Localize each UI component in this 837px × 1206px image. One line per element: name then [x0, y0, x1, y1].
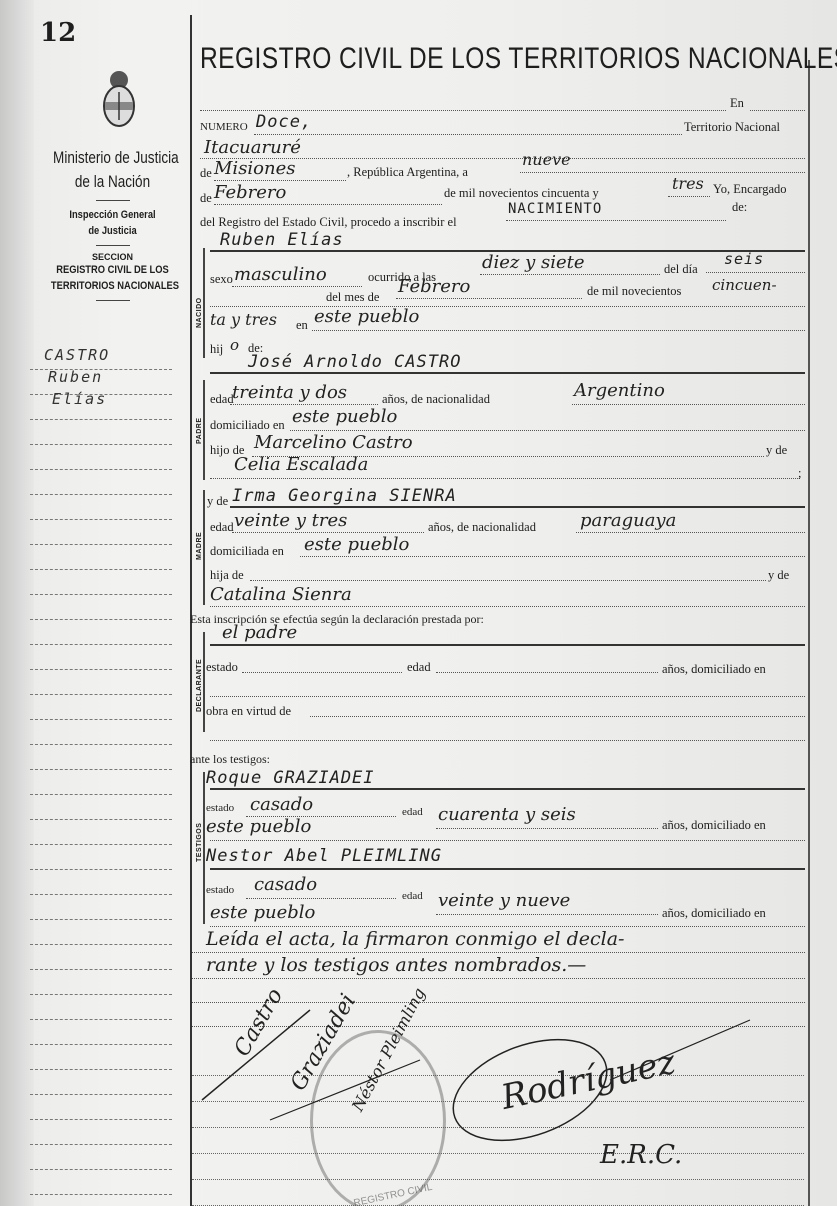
padre-nac-value: Argentino [574, 380, 665, 401]
dom-label: años, domiciliado en [662, 906, 766, 921]
act-type-value: NACIMIENTO [508, 201, 602, 217]
padre-bracket [203, 380, 205, 480]
closing-line2: rante y los testigos antes nombrados.— [206, 954, 586, 976]
madre-side-label: MADRE [196, 532, 203, 560]
semicolon: ; [798, 466, 801, 481]
divider [96, 200, 130, 201]
inspection-line1: Inspección General [51, 207, 174, 223]
testigo-2-estado: casado [254, 874, 317, 895]
declarante-bracket [203, 632, 205, 732]
sexo-label: sexo [210, 272, 233, 287]
dia-label: del día [664, 262, 698, 277]
signature-strokes-icon [190, 1000, 810, 1206]
declarante-side-label: DECLARANTE [196, 659, 203, 712]
page-title: REGISTRO CIVIL DE LOS TERRITORIOS NACION… [200, 42, 696, 76]
nacido-side-label: NACIDO [196, 297, 203, 328]
testigo-1-name: Roque GRAZIADEI [206, 768, 375, 788]
padre-side-label: PADRE [196, 418, 203, 444]
obra-label: obra en virtud de [206, 704, 291, 719]
dia-value: seis [724, 250, 764, 268]
place-value: Itacuaruré [204, 137, 301, 158]
estado-label: estado [206, 802, 234, 814]
section-line1: REGISTRO CIVIL DE LOS [51, 262, 174, 278]
hijo-label: hij [210, 342, 223, 357]
nac-label: años, de nacionalidad [382, 392, 490, 407]
madre-yde-label: y de [207, 494, 228, 509]
margin-middlename: Elías [44, 388, 110, 410]
testigo-2-dom: este pueblo [210, 902, 315, 923]
margin-ruled-lines [30, 345, 172, 1195]
padre-madre-value: Celia Escalada [234, 454, 368, 475]
en-label: En [730, 96, 744, 111]
hora-value: diez y siete [482, 252, 585, 273]
en-label: en [296, 318, 308, 333]
y-de-label: y de [768, 568, 789, 583]
divider [96, 245, 130, 246]
testigos-side-label: TESTIGOS [196, 823, 203, 862]
year-value: tres [672, 174, 704, 193]
month-value: Febrero [214, 182, 286, 203]
dom-label: domiciliada en [210, 544, 284, 559]
de-label: de [200, 191, 212, 206]
anio-value1: cincuen- [712, 276, 777, 294]
madre-nac-value: paraguaya [580, 510, 676, 531]
testigos-intro: ante los testigos: [190, 752, 270, 767]
testigo-1-estado: casado [250, 794, 313, 815]
ministry-header: Ministerio de Justicia de la Nación Insp… [40, 146, 185, 307]
divider [96, 300, 130, 301]
province-value: Misiones [214, 158, 296, 179]
edad-label: edad [210, 520, 234, 535]
padre-edad-value: treinta y dos [232, 382, 347, 403]
testigo-1-dom: este pueblo [206, 816, 311, 837]
page-number: 12 [40, 18, 76, 48]
hijo-suffix: o [230, 336, 239, 354]
encargado-label: Yo, Encargado [713, 182, 787, 197]
de-label: de [200, 166, 212, 181]
madre-bracket [203, 490, 205, 605]
mes-value: Febrero [398, 276, 470, 297]
hija-de-label: hija de [210, 568, 244, 583]
document-page: 12 Ministerio de Justicia de la Nación I… [0, 0, 837, 1206]
section-label: SECCION [40, 252, 185, 262]
anio-value2: ta y tres [210, 310, 277, 329]
de-colon-label: de: [732, 200, 747, 215]
testigos-bracket [203, 772, 205, 924]
nac-label: años, de nacionalidad [428, 520, 536, 535]
estado-label: estado [206, 884, 234, 896]
estado-label: estado [206, 660, 238, 675]
madre-edad-value: veinte y tres [234, 510, 347, 531]
madre-padres-value: Catalina Sienra [210, 584, 352, 605]
edad-label: edad [402, 806, 423, 818]
year-label: de mil novecientos cincuenta y [444, 186, 599, 201]
territorio-label: Territorio Nacional [684, 120, 780, 135]
padre-name: José Arnoldo CASTRO [248, 352, 461, 372]
testigo-2-name: Nestor Abel PLEIMLING [206, 846, 442, 866]
y-de-label: y de [766, 443, 787, 458]
page-binding [0, 0, 34, 1206]
mes-label: del mes de [326, 290, 379, 305]
madre-dom-value: este pueblo [304, 534, 409, 555]
margin-firstname: Ruben [44, 366, 110, 388]
ministry-line2: de la Nación [53, 170, 172, 194]
anio-label: de mil novecientos [587, 284, 681, 299]
nacido-name: Ruben Elías [220, 230, 344, 250]
lugar-value: este pueblo [314, 306, 419, 327]
section-line2: TERRITORIOS NACIONALES [51, 278, 174, 294]
registro-label: del Registro del Estado Civil, procedo a… [200, 215, 457, 230]
republica-label: , República Argentina, a [347, 165, 468, 180]
inspection-line2: de Justicia [51, 223, 174, 239]
closing-line1: Leída el acta, la firmaron conmigo el de… [206, 928, 624, 950]
ministry-line1: Ministerio de Justicia [53, 146, 172, 170]
declarante-name: el padre [222, 622, 297, 643]
edad-label: edad [407, 660, 431, 675]
testigo-1-edad: cuarenta y seis [438, 804, 576, 825]
numero-label: NUMERO [200, 121, 248, 133]
padre-dom-value: este pueblo [292, 406, 397, 427]
coat-of-arms-icon [98, 68, 140, 130]
numero-value: Doce, [256, 112, 312, 132]
nacido-bracket [203, 248, 205, 358]
sexo-value: masculino [234, 264, 327, 285]
dom-label: años, domiciliado en [662, 818, 766, 833]
margin-note: CASTRO Ruben Elías [44, 344, 110, 410]
testigo-2-edad: veinte y nueve [438, 890, 570, 911]
day-value: nueve [522, 150, 571, 169]
edad-label: edad [402, 890, 423, 902]
padre-padre-value: Marcelino Castro [254, 432, 413, 453]
dom-label: domiciliado en [210, 418, 285, 433]
dom-label: años, domiciliado en [662, 662, 766, 677]
madre-name: Irma Georgina SIENRA [232, 486, 457, 506]
margin-surname: CASTRO [44, 344, 110, 366]
